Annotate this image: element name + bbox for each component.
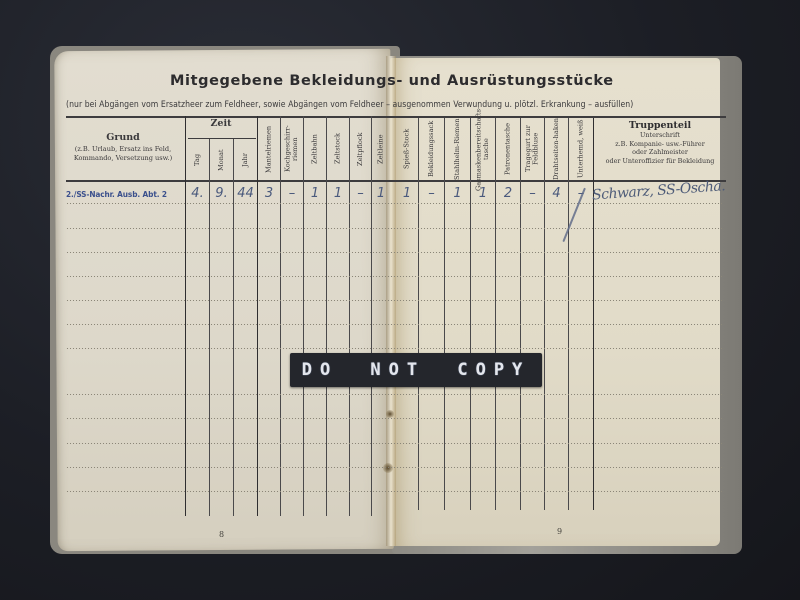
do-not-copy-text: DO NOT COPY — [302, 360, 531, 380]
header-kochgeschirrriemen: Kochgeschirr-riemen — [281, 118, 303, 180]
row-item-mantelriemen: 3 — [258, 186, 280, 201]
row-item-zeltpflock: – — [350, 186, 371, 201]
row-monat: 9. — [210, 186, 233, 201]
row-item-tragegurt: – — [521, 186, 544, 201]
header-stahlhelm-riemen: Stahlhelm-Riemen — [445, 118, 470, 180]
do-not-copy-label: DO NOT COPY — [290, 353, 542, 387]
row-item-kochgeschirrriemen: – — [281, 186, 303, 201]
stain-mark — [386, 410, 394, 418]
row-tag: 4. — [186, 186, 209, 201]
header-jahr: Jahr — [234, 140, 257, 180]
header-truppenteil: Truppenteil Unterschrift z.B. Kompanie- … — [596, 120, 724, 165]
table-header-rule — [66, 180, 726, 182]
header-zeltbahn: Zeltbahn — [304, 118, 326, 180]
header-truppenteil-sub-2: z.B. Kompanie- usw.-Führer — [596, 140, 724, 149]
header-bekleidungssack: Bekleidungssack — [419, 118, 444, 180]
row-line — [66, 348, 722, 349]
header-truppenteil-label: Truppenteil — [596, 120, 724, 131]
row-line — [66, 203, 722, 204]
page-number-left: 8 — [219, 530, 224, 539]
header-truppenteil-sub-3: oder Zahlmeister — [596, 148, 724, 157]
header-tag: Tag — [186, 140, 209, 180]
row-line — [66, 467, 722, 468]
row-item-drahtseitenhaken: 4 — [545, 186, 568, 201]
header-mantelriemen: Mantelriemen — [258, 118, 280, 180]
row-item-zeltbahn: 1 — [304, 186, 326, 201]
row-item-patronentasche: 2 — [496, 186, 520, 201]
header-grund-sub: (z.B. Urlaub, Ersatz ins Feld, Kommando,… — [66, 145, 180, 163]
header-zeltleine: Zeltleine — [372, 118, 390, 180]
row-item-zeltleine: 1 — [372, 186, 390, 201]
open-soldbuch-booklet: Mitgegebene Bekleidungs- und Ausrüstungs… — [0, 0, 800, 600]
header-drahtseitenhaken: Drahtseiten-haken — [545, 118, 568, 180]
header-zeltpflock: Zeltpflock — [350, 118, 371, 180]
row-line — [66, 300, 722, 301]
row-jahr: 44 — [234, 186, 257, 201]
header-zeit: Zeit — [186, 118, 256, 129]
header-tragegurt: Tragegurt zur Feldbluse — [521, 118, 544, 180]
row-line — [66, 394, 722, 395]
row-line — [66, 418, 722, 419]
row-item-gasmaskentasche: 1 — [471, 186, 495, 201]
row-line — [66, 276, 722, 277]
row-line — [66, 491, 722, 492]
header-monat: Monat — [210, 140, 233, 180]
header-gasmaskentasche: Gasmaskenbereitschafts-tasche — [471, 118, 495, 180]
header-zeltstock: Zeltstock — [327, 118, 349, 180]
page-number-right: 9 — [557, 527, 562, 536]
row-item-bekleidungssack: – — [419, 186, 444, 201]
row-item-zeltstock: 1 — [327, 186, 349, 201]
row-item-spiess-stock: 1 — [396, 186, 418, 201]
row-line — [66, 228, 722, 229]
header-grund: Grund — [66, 132, 180, 143]
document-title: Mitgegebene Bekleidungs- und Ausrüstungs… — [170, 73, 600, 89]
row-line — [66, 324, 722, 325]
header-truppenteil-sub-1: Unterschrift — [596, 131, 724, 140]
header-spiess-stock: Spieß-Stock — [396, 118, 418, 180]
header-patronentasche: Patronentasche — [496, 118, 520, 180]
header-unterhemd: Unterhemd, weiß — [569, 118, 593, 180]
row-grund-stamp: 2./SS-Nachr. Ausb. Abt. 2 — [66, 189, 182, 199]
document-subtitle: (nur bei Abgängen vom Ersatzheer zum Fel… — [66, 100, 728, 110]
row-line — [66, 252, 722, 253]
col-rule — [593, 118, 594, 510]
row-line — [66, 443, 722, 444]
stain-mark — [383, 463, 393, 473]
zeit-sub-rule — [188, 138, 256, 139]
header-truppenteil-sub-4: oder Unteroffizier für Bekleidung — [596, 157, 724, 166]
row-item-stahlhelm-riemen: 1 — [445, 186, 470, 201]
